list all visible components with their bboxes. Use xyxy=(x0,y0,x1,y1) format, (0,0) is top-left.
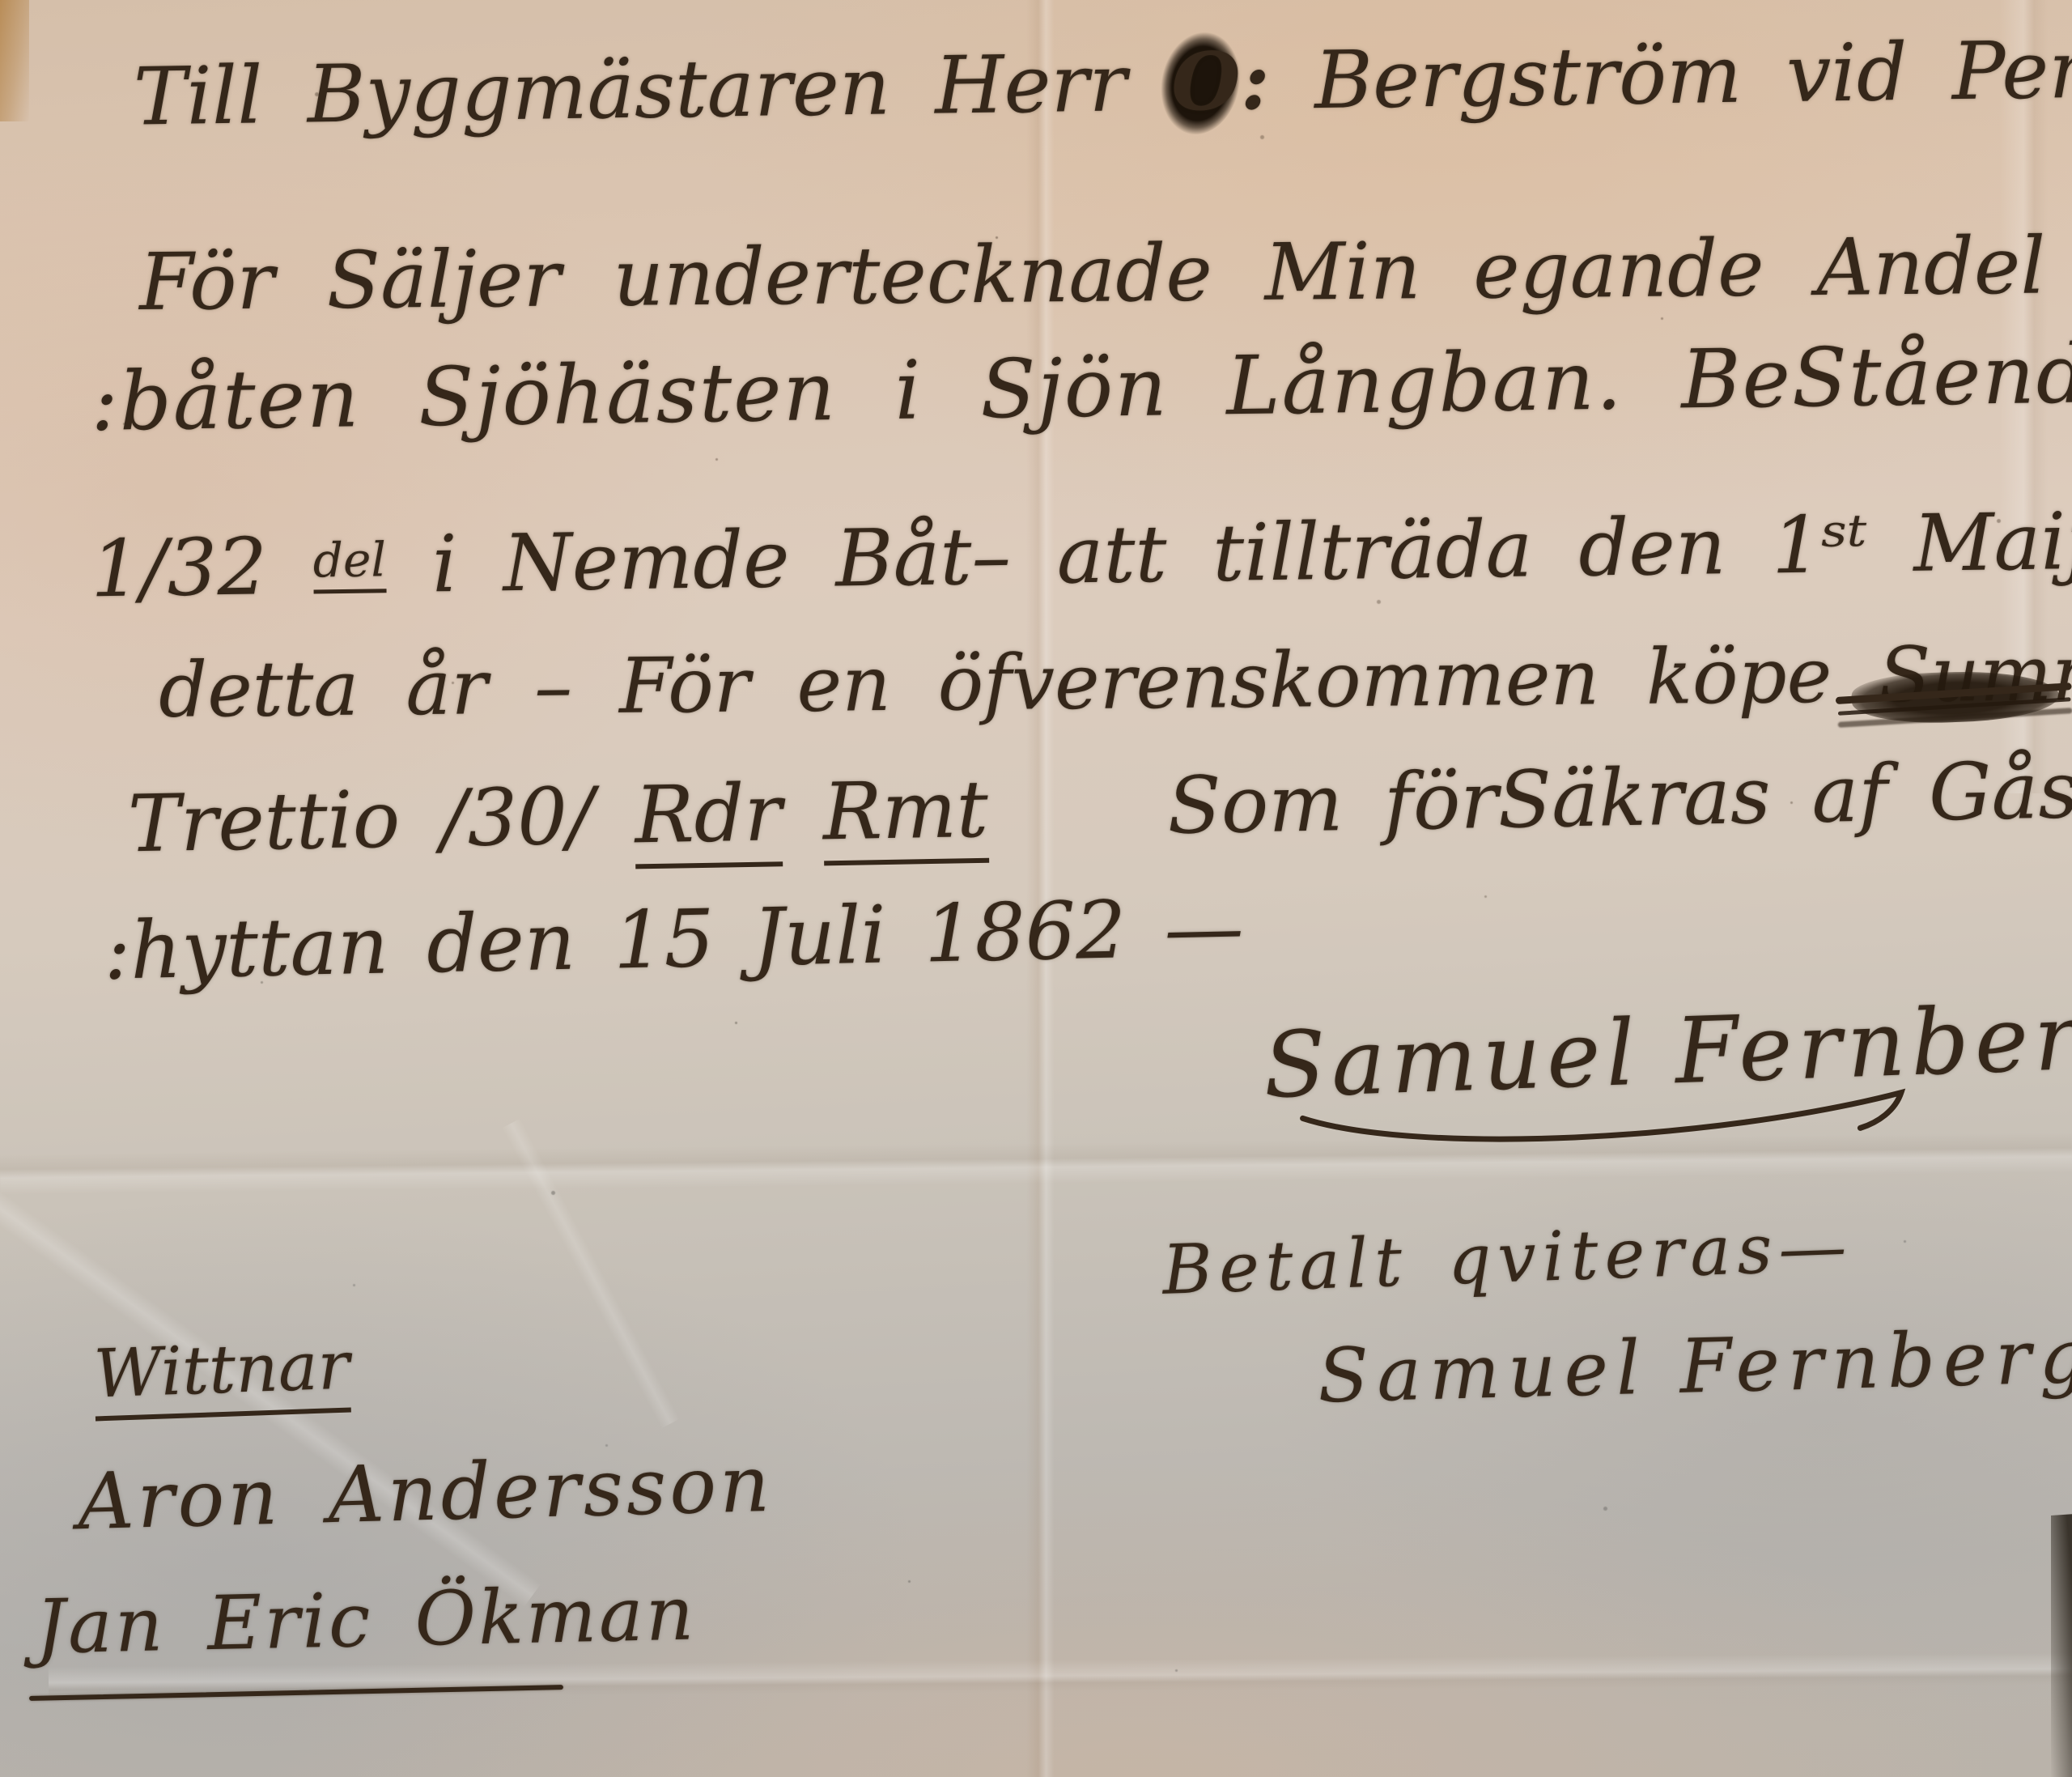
line1-initial: O: xyxy=(1170,35,1270,130)
letter-line-3: :båten Sjöhästen i Sjön Långban. BeStåen… xyxy=(90,331,2072,443)
ink-blot-initial: O: xyxy=(1171,42,1271,123)
line6-gap xyxy=(1030,834,1127,835)
line6-rest: Som förSäkras af Gåshons- xyxy=(1166,741,2072,852)
witness-2-underline xyxy=(29,1685,563,1701)
witness-heading: Wittnar xyxy=(93,1333,351,1409)
line4-fraction: 1/32 xyxy=(90,521,267,614)
witness-heading-text: Wittnar xyxy=(92,1328,350,1422)
receipt-note: Betalt qviteras— xyxy=(1161,1212,1854,1304)
line6-currency-rmt: Rmt xyxy=(822,763,989,866)
letter-line-2: För Säljer undertecknade Min egande Ande… xyxy=(139,223,2072,321)
line4-rest: i Nemde Båt– att tillträda den 1ˢᵗ Maij … xyxy=(431,494,2072,610)
letter-line-4: 1/32 del i Nemde Båt– att tillträda den … xyxy=(90,500,2072,609)
line1-pre: Till Byggmästaren Herr xyxy=(133,37,1127,143)
letter-line-address: Till Byggmästaren Herr O: Bergström vid … xyxy=(133,27,2072,138)
strikethrough-scribble xyxy=(1846,665,2065,733)
line1-post: Bergström vid Persberget xyxy=(1314,20,2072,128)
signature-main-block: Samuel Fernberg xyxy=(1262,990,2072,1160)
paper-edge-top-left xyxy=(0,0,29,121)
witness-signature-1: Aron Andersson xyxy=(77,1445,774,1541)
letter-line-6: Trettio /30/ Rdr Rmt Som förSäkras af Gå… xyxy=(127,747,2072,864)
paper-edge-bottom-right xyxy=(2051,1514,2072,1777)
signature-receipt: Samuel Fernberg xyxy=(1317,1319,2072,1414)
document-photo: Till Byggmästaren Herr O: Bergström vid … xyxy=(0,0,2072,1777)
line6-amount: Trettio /30/ xyxy=(127,770,594,869)
wrinkle-diagonal-center xyxy=(502,1118,680,1428)
letter-line-7-dateline: :hyttan den 15 Juli 1862 — xyxy=(103,888,1244,991)
signature-main: Samuel Fernberg xyxy=(1262,983,2072,1119)
line4-unit-underlined: del xyxy=(312,532,386,593)
line6-currency-rdr: Rdr xyxy=(634,767,783,869)
letter-line-5: detta år – För en öfverenskommen köpe Su… xyxy=(159,636,2072,729)
witness-signature-2: Jan Eric Ökman xyxy=(35,1576,697,1664)
